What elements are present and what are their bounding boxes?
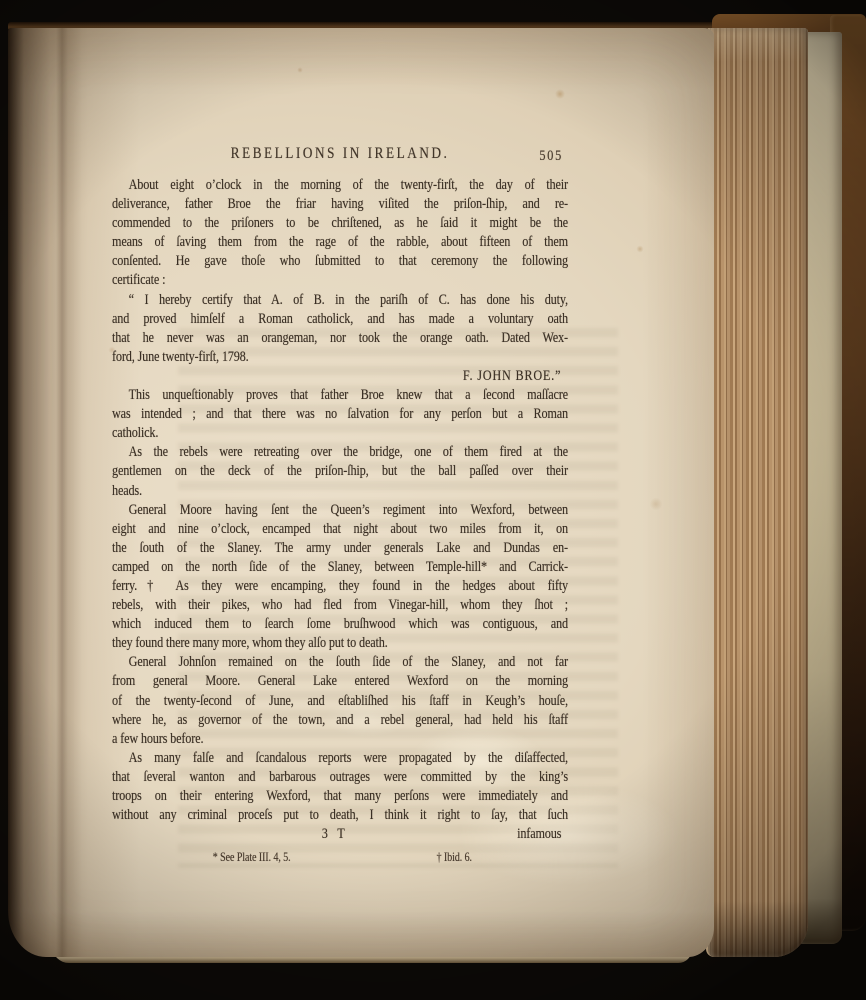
text-line: means of ſaving them from the rage of th…: [112, 233, 568, 252]
book-photograph: REBELLIONS IN IRELAND. 505 About eight o…: [0, 0, 866, 1000]
text-line: from general Moore. General Lake entered…: [112, 672, 568, 691]
text-line: the ſouth of the Slaney. The army under …: [112, 539, 568, 558]
text-line: a few hours before.: [112, 730, 568, 749]
text-line: and proved himſelf a Roman catholick, an…: [112, 310, 568, 329]
footnote-ibid-reference: † Ibid. 6.: [436, 850, 471, 865]
running-head: REBELLIONS IN IRELAND. 505: [112, 145, 568, 163]
text-line: ferry.† As they were encamping, they fou…: [112, 577, 568, 596]
text-line: rebels, with their pikes, who had fled f…: [112, 596, 568, 615]
text-line: F. JOHN BROE.”: [112, 367, 568, 386]
book-page: REBELLIONS IN IRELAND. 505 About eight o…: [8, 28, 714, 957]
text-line: they found there many more, whom they al…: [112, 634, 568, 653]
catchword-row: 3 T infamous: [112, 825, 568, 844]
text-line: “ I hereby certify that A. of B. in the …: [112, 291, 568, 310]
text-line: that he never was an orangeman, nor took…: [112, 329, 568, 348]
folio-number: 505: [539, 148, 563, 165]
footnote-plate-reference: * See Plate III. 4, 5.: [213, 850, 291, 865]
signature-mark: 3 T: [322, 825, 348, 844]
text-line: camped on the north ſide of the Slaney, …: [112, 558, 568, 577]
text-line: As the rebels were retreating over the b…: [112, 443, 568, 462]
text-line: gentlemen on the deck of the priſon-ſhip…: [112, 462, 568, 481]
text-line: without any criminal proceſs put to deat…: [112, 806, 568, 825]
text-line: troops on their entering Wexford, that m…: [112, 787, 568, 806]
text-line: commended to the priſoners to be chriſte…: [112, 214, 568, 233]
text-line: About eight o’clock in the morning of th…: [112, 176, 568, 195]
text-line: that ſeveral wanton and barbarous outrag…: [112, 768, 568, 787]
text-line: which induced them to ſearch ſome bruſhw…: [112, 615, 568, 634]
text-line: deliverance, father Broe the friar havin…: [112, 195, 568, 214]
text-line: where he, as governor of the town, and a…: [112, 711, 568, 730]
text-block: REBELLIONS IN IRELAND. 505 About eight o…: [112, 28, 568, 957]
text-line: This unqueſtionably proves that father B…: [112, 386, 568, 405]
fore-edge-page-block: [706, 28, 808, 957]
text-line: General Johnſon remained on the ſouth ſi…: [112, 653, 568, 672]
text-line: ford, June twenty-firſt, 1798.: [112, 348, 568, 367]
text-line: certificate :: [112, 271, 568, 290]
text-line: General Moore having ſent the Queen’s re…: [112, 501, 568, 520]
text-line: catholick.: [112, 424, 568, 443]
text-line: conſented. He gave thoſe who ſubmitted t…: [112, 252, 568, 271]
catchword: infamous: [517, 825, 561, 844]
text-line: As many falſe and ſcandalous reports wer…: [112, 749, 568, 768]
paragraph-lines: About eight o’clock in the morning of th…: [112, 176, 568, 825]
body-text: About eight o’clock in the morning of th…: [112, 176, 568, 866]
running-head-title: REBELLIONS IN IRELAND.: [231, 145, 450, 162]
footnote-row: * See Plate III. 4, 5. † Ibid. 6.: [112, 850, 568, 866]
text-line: eight and nine o’clock, encamped that ni…: [112, 520, 568, 539]
text-line: of the twenty-ſecond of June, and eſtabl…: [112, 692, 568, 711]
text-line: heads.: [112, 482, 568, 501]
text-line: was intended ; and that there was no ſal…: [112, 405, 568, 424]
